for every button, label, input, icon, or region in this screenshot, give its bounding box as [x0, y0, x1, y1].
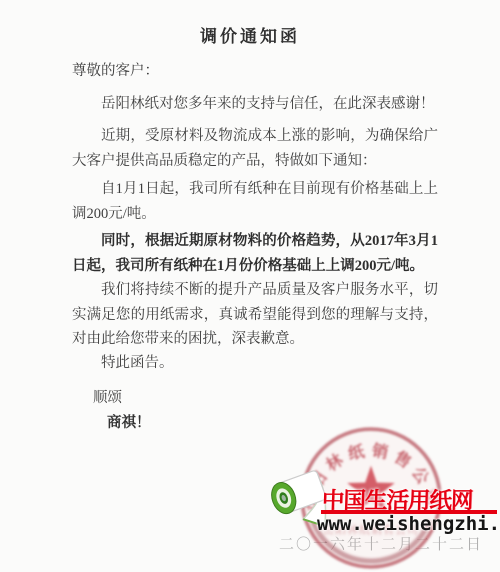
letter-title: 调价通知函 — [0, 22, 500, 47]
paragraph-march-increase: 同时，根据近期原材物料的价格趋势，从2017年3月1日起，我司所有纸种在1月份价… — [72, 229, 438, 279]
salutation: 尊敬的客户： — [72, 59, 159, 80]
regards-text: 商祺！ — [107, 411, 151, 432]
closing-line: 特此函告。 — [72, 351, 272, 372]
paragraph-apology: 我们将持续不断的提升产品质量及客户服务水平，切实满足您的用纸需求，真诚希望能得到… — [72, 278, 438, 352]
watermark-domain: www.weishengzhi.cn — [317, 513, 500, 535]
paragraph-reason: 近期，受原材料及物流成本上涨的影响，为确保给广大客户提供高品质稳定的产品，特做如… — [72, 124, 438, 174]
paragraph-jan-increase: 自1月1日起，我司所有纸种在目前现有价格基础上上调200元/吨。 — [72, 177, 438, 227]
paragraph-thanks: 岳阳林纸对您多年来的支持与信任，在此深表感谢！ — [72, 92, 438, 117]
letter-page: 调价通知函 尊敬的客户： 岳阳林纸对您多年来的支持与信任，在此深表感谢！ 近期，… — [0, 0, 500, 572]
regards-prefix: 顺颂 — [93, 386, 122, 407]
